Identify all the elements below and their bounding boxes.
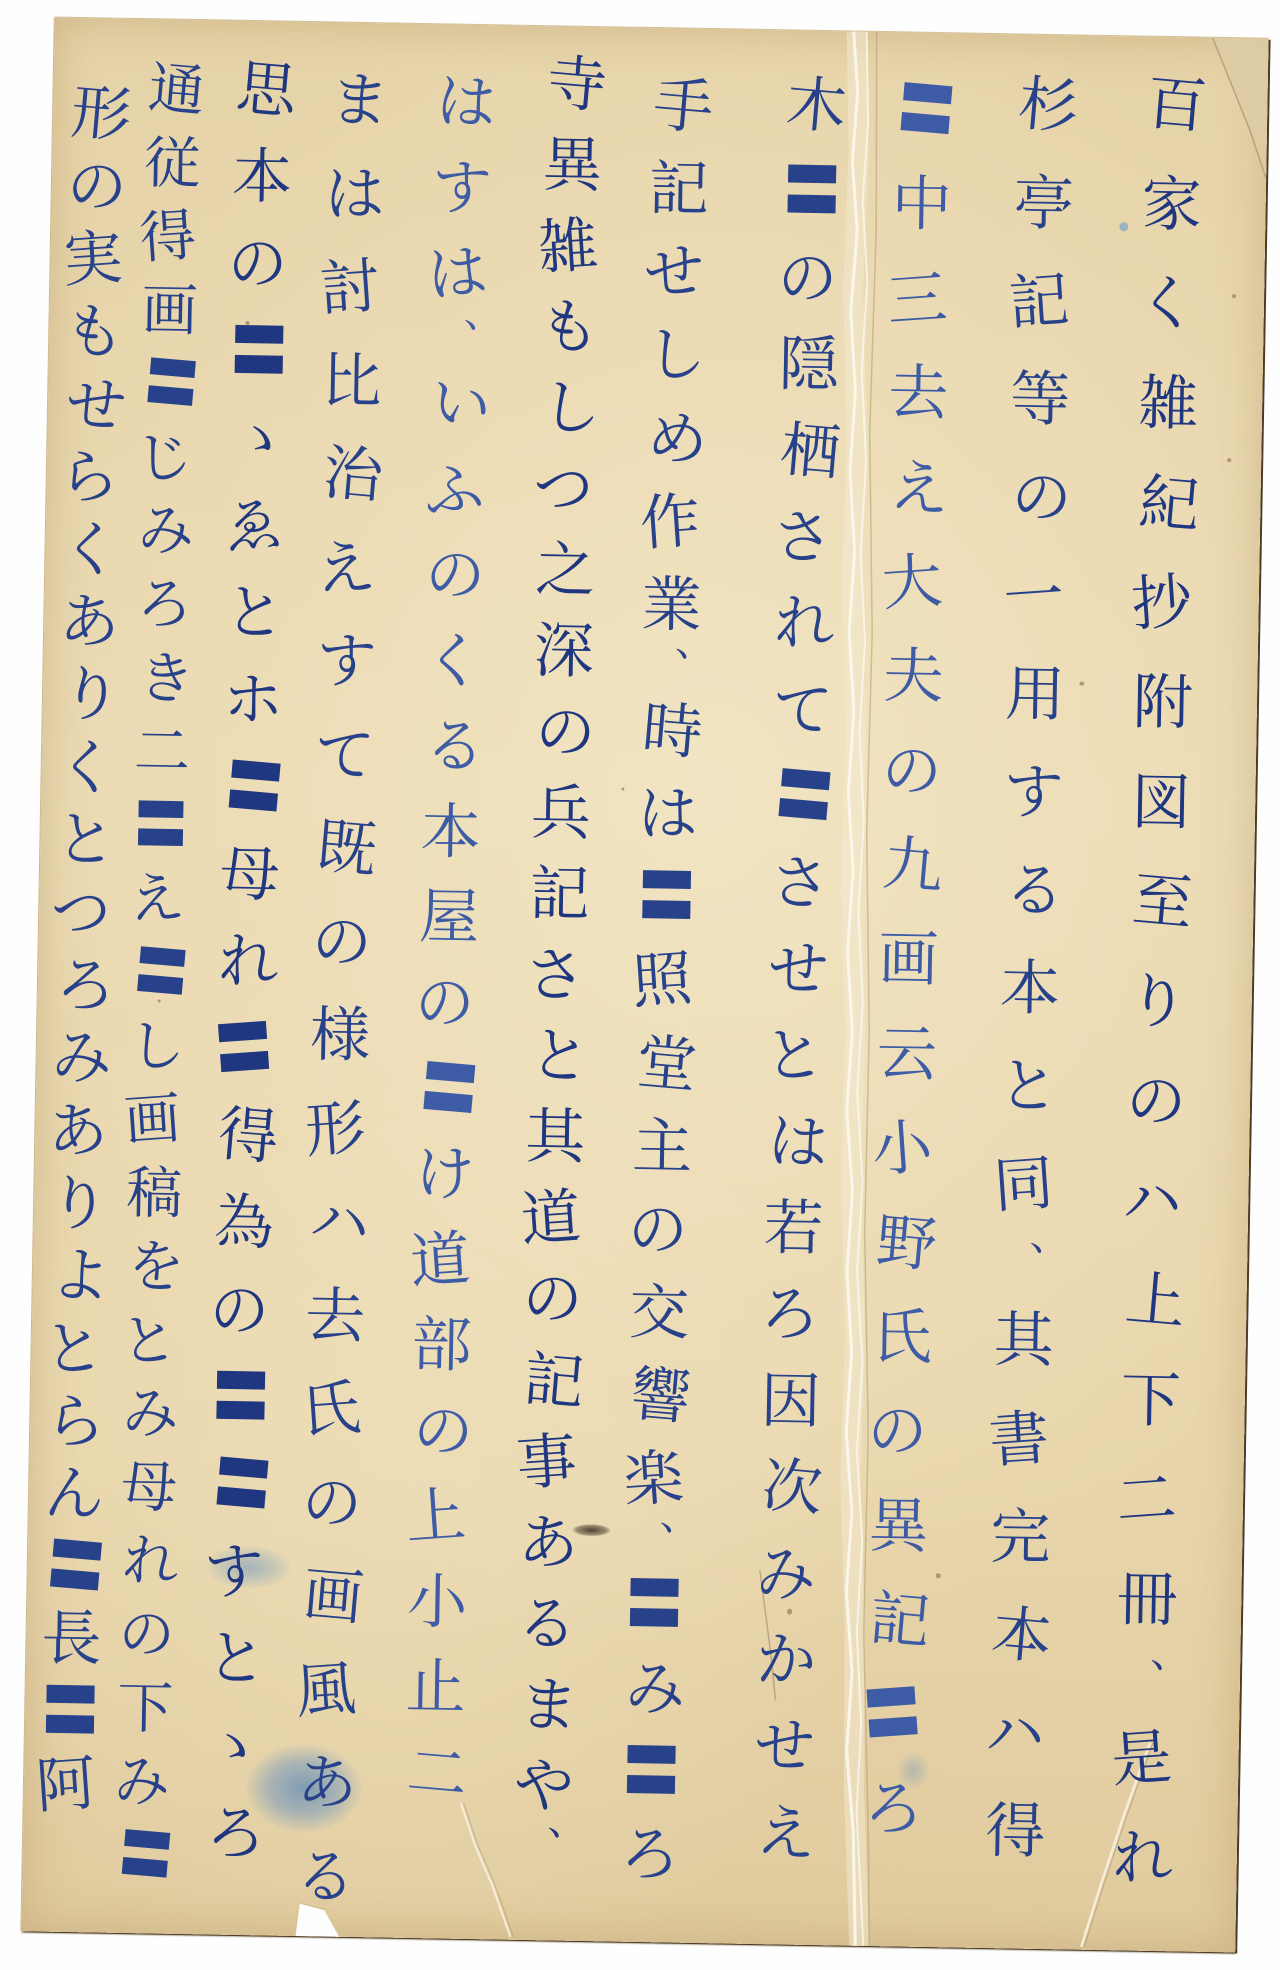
postcard: 百家く雑紀抄附図至りのハ上下二冊、是れ 杉亭記等の一用する本と同、其書完本ハ得 … [21,18,1268,1953]
torn-edge-layer [21,18,1268,1953]
